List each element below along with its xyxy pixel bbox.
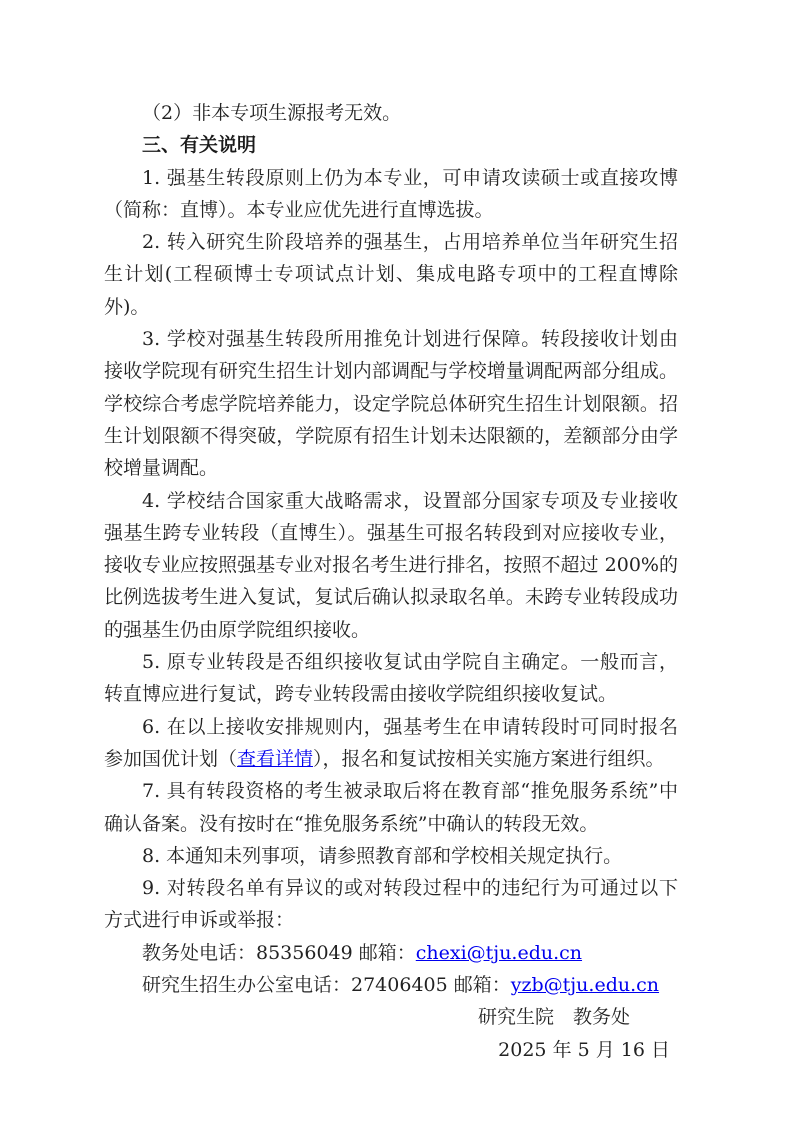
signature-line: 研究生院 教务处 xyxy=(104,1001,678,1033)
note-2: 2. 转入研究生阶段培养的强基生，占用培养单位当年研究生招生计划(工程硕博士专项… xyxy=(104,226,678,323)
note-1: 1. 强基生转段原则上仍为本专业，可申请攻读硕士或直接攻博（简称：直博）。本专业… xyxy=(104,162,678,227)
note-7: 7. 具有转段资格的考生被录取后将在教育部“推免服务系统”中确认备案。没有按时在… xyxy=(104,775,678,840)
contact-line-yanzhaoban: 研究生招生办公室电话：27406405 邮箱：yzb@tju.edu.cn xyxy=(104,969,678,1001)
section-heading: 三、有关说明 xyxy=(104,129,678,161)
email-link-yzb[interactable]: yzb@tju.edu.cn xyxy=(511,974,659,996)
note-6-suffix: ），报名和复试按相关实施方案进行组织。 xyxy=(313,748,665,770)
view-details-link[interactable]: 查看详情 xyxy=(237,748,313,770)
document-page: （2）非本专项生源报考无效。 三、有关说明 1. 强基生转段原则上仍为本专业，可… xyxy=(0,0,794,1123)
note-9: 9. 对转段名单有异议的或对转段过程中的违纪行为可通过以下方式进行申诉或举报： xyxy=(104,872,678,937)
note-4: 4. 学校结合国家重大战略需求，设置部分国家专项及专业接收强基生跨专业转段（直博… xyxy=(104,485,678,646)
contact-jiaowuchu-label: 教务处电话：85356049 邮箱： xyxy=(142,942,416,964)
date-line: 2025 年 5 月 16 日 xyxy=(104,1034,678,1066)
note-3: 3. 学校对强基生转段所用推免计划进行保障。转段接收计划由接收学院现有研究生招生… xyxy=(104,323,678,484)
note-8: 8. 本通知未列事项，请参照教育部和学校相关规定执行。 xyxy=(104,840,678,872)
note-5: 5. 原专业转段是否组织接收复试由学院自主确定。一般而言，转直博应进行复试，跨专… xyxy=(104,646,678,711)
contact-line-jiaowuchu: 教务处电话：85356049 邮箱：chexi@tju.edu.cn xyxy=(104,937,678,969)
paragraph-prev-item: （2）非本专项生源报考无效。 xyxy=(104,97,678,129)
contact-yanzhaoban-label: 研究生招生办公室电话：27406405 邮箱： xyxy=(142,974,511,996)
email-link-chexi[interactable]: chexi@tju.edu.cn xyxy=(416,942,582,964)
note-6: 6. 在以上接收安排规则内，强基考生在申请转段时可同时报名参加国优计划（查看详情… xyxy=(104,711,678,776)
